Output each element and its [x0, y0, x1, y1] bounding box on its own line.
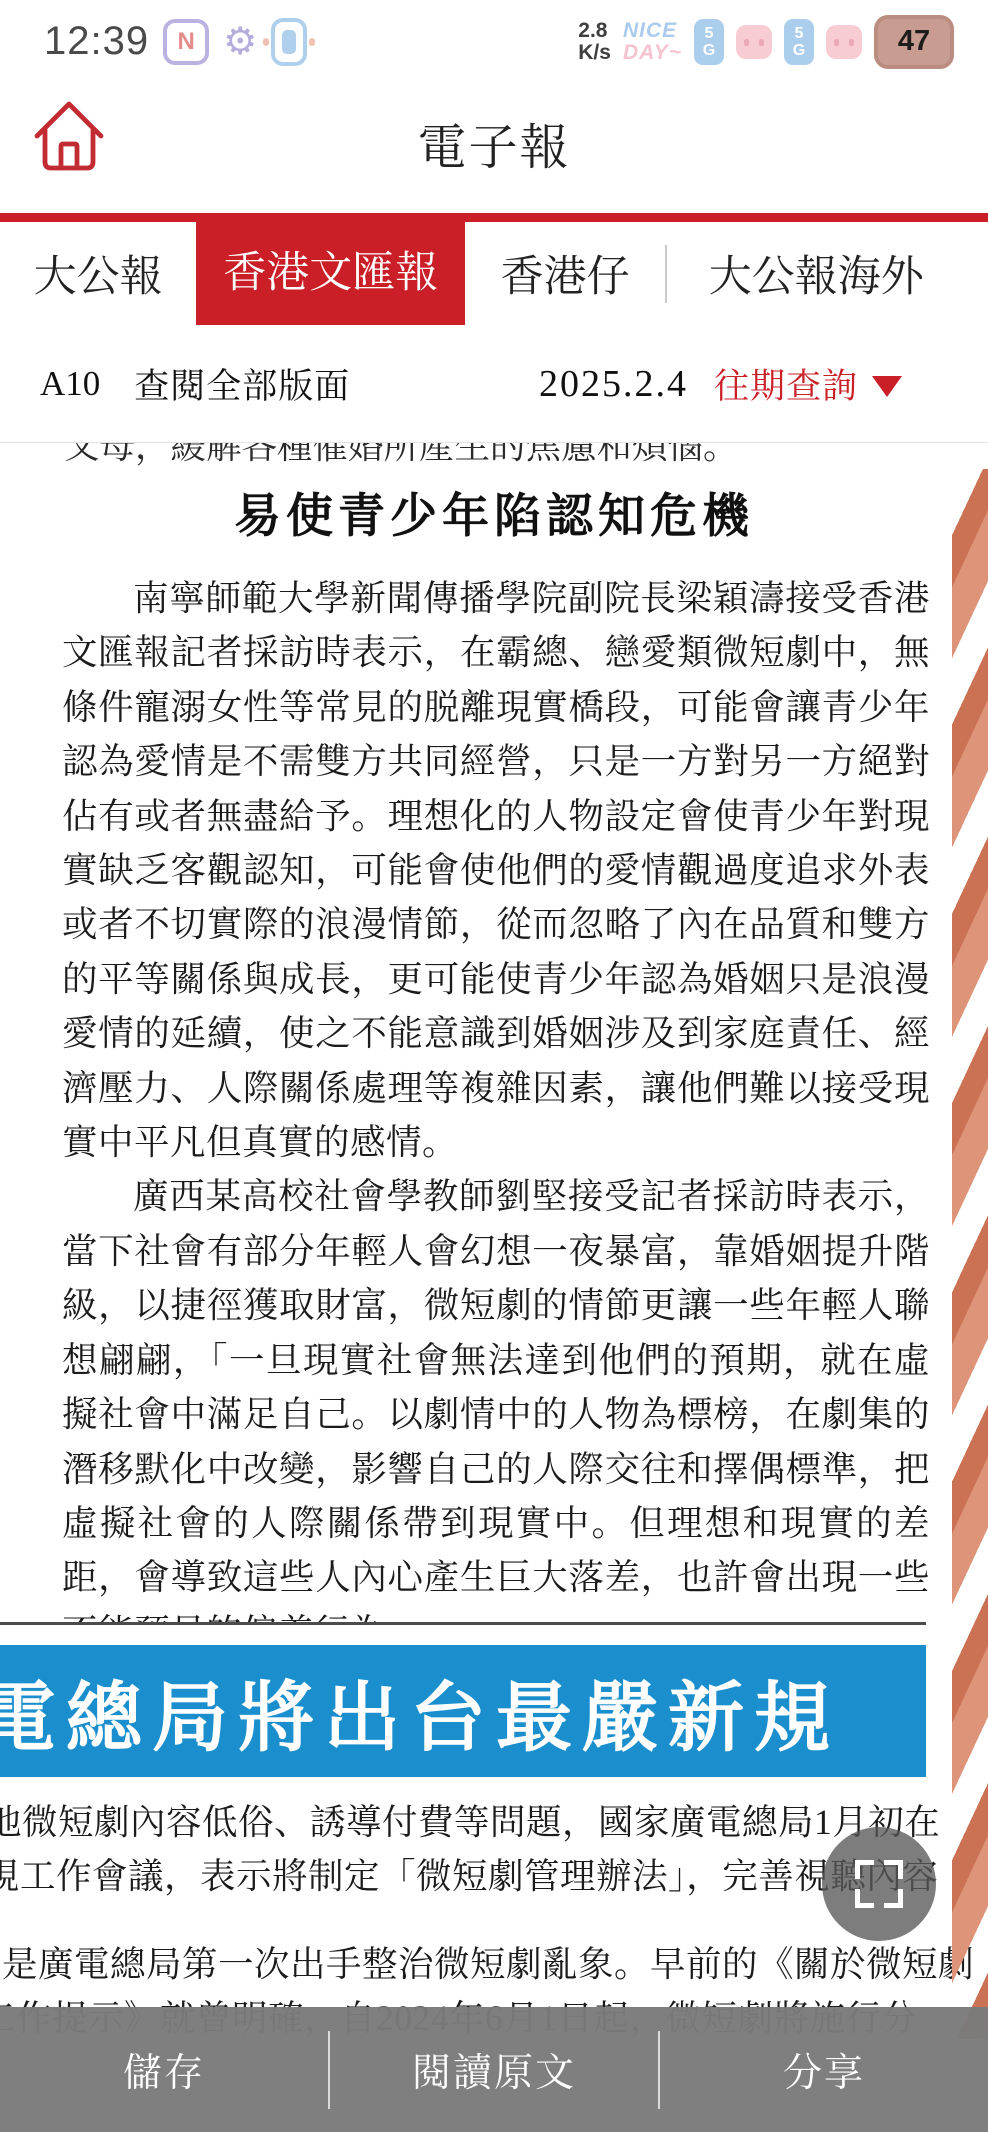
home-icon — [31, 94, 107, 178]
clipped-paragraph-line: 父母，緩解各種催婚所產生的焦慮和煩惱。 — [64, 443, 988, 471]
5g-top: 5 — [705, 25, 714, 42]
network-speed: 2.8 K/s — [578, 20, 611, 64]
status-bar: 12:39 N ⚙ 2.8 K/s NICE DAY~ 5 G — [0, 0, 988, 75]
headline-banner: 電總局將出台最嚴新規 — [0, 1645, 926, 1777]
speed-value: 2.8 — [578, 19, 607, 42]
article-line-text: 是廣電總局第一次出手整治微短劇亂象。早前的《關於微短劇 — [2, 1937, 974, 1991]
fit-screen-button[interactable] — [822, 1827, 936, 1941]
page-title: 電子報 — [0, 75, 988, 213]
save-button[interactable]: 儲存 — [0, 2007, 328, 2132]
article-upper-region: 父母，緩解各種催婚所產生的焦慮和煩惱。 易使青少年陷認知危機 南寧師範大學新聞傳… — [0, 443, 988, 1622]
header-accent-line — [0, 213, 988, 222]
tab-takungpao-overseas[interactable]: 大公報海外 — [667, 222, 988, 325]
section-divider — [0, 1622, 926, 1625]
5g-bottom: G — [793, 42, 805, 59]
battery-icon: 47 — [874, 15, 954, 69]
headline-banner-text: 電總局將出台最嚴新規 — [0, 1657, 840, 1766]
5g-top: 5 — [795, 25, 804, 42]
carrier-label: NICE DAY~ — [623, 20, 682, 64]
article-line-text: 他微短劇內容低俗、誘導付費等問題，國家廣電總局1月初在 — [0, 1795, 940, 1849]
carrier-line1: NICE — [623, 19, 677, 42]
signal-face-icon — [736, 25, 772, 59]
article-heading: 易使青少年陷認知危機 — [0, 485, 988, 549]
status-left-group: 12:39 N ⚙ — [44, 18, 307, 66]
status-time: 12:39 — [44, 19, 149, 64]
article-paragraph-1: 南寧師範大學新聞傳播學院副院長梁穎濤接受香港文匯報記者採訪時表示，在霸總、戀愛類… — [62, 571, 930, 1169]
epaper-app: 12:39 N ⚙ 2.8 K/s NICE DAY~ 5 G — [0, 0, 988, 2132]
edition-date: 2025.2.4 — [539, 362, 688, 406]
read-original-button[interactable]: 閱讀原文 — [330, 2007, 658, 2132]
gear-icon: ⚙ — [223, 23, 257, 61]
article-paragraph-2: 廣西某高校社會學教師劉堅接受記者採訪時表示，當下社會有部分年輕人會幻想一夜暴富，… — [62, 1169, 930, 1622]
nfc-icon: N — [163, 19, 209, 65]
article-line: 是廣電總局第一次出手整治微短劇亂象。早前的《關於微短劇 — [0, 1937, 988, 1991]
app-header: 電子報 — [0, 75, 988, 213]
fullscreen-icon — [855, 1860, 903, 1908]
decor-dot — [309, 38, 315, 46]
archive-search-label: 往期查詢 — [714, 359, 858, 409]
dropdown-arrow-icon — [872, 376, 902, 397]
tab-wenweipo[interactable]: 香港文匯報 — [196, 213, 465, 325]
decor-dot — [263, 38, 269, 46]
status-right-group: 2.8 K/s NICE DAY~ 5 G 5 G 47 — [578, 15, 954, 69]
share-button[interactable]: 分享 — [660, 2007, 988, 2132]
page-number[interactable]: A10 — [40, 364, 100, 404]
archive-search-button[interactable]: 往期查詢 — [714, 359, 902, 409]
bottom-action-bar: 儲存 閱讀原文 分享 — [0, 2007, 988, 2132]
carrier-line2: DAY~ — [623, 41, 682, 64]
home-button[interactable] — [30, 93, 108, 179]
page-edge-stripes — [952, 469, 988, 2039]
5g-badge-icon: 5 G — [784, 19, 814, 65]
newspaper-page-view[interactable]: 父母，緩解各種催婚所產生的焦慮和煩惱。 易使青少年陷認知危機 南寧師範大學新聞傳… — [0, 443, 988, 2132]
speed-unit: K/s — [578, 41, 611, 64]
view-all-pages-button[interactable]: 查閱全部版面 — [134, 359, 350, 409]
newspaper-tabs: 大公報 香港文匯報 香港仔 大公報海外 — [0, 222, 988, 325]
signal-face-icon — [826, 25, 862, 59]
edition-toolbar: A10 查閱全部版面 2025.2.4 往期查詢 — [0, 325, 988, 443]
5g-badge-icon: 5 G — [694, 19, 724, 65]
tab-hongkongzai[interactable]: 香港仔 — [465, 222, 665, 325]
5g-bottom: G — [703, 42, 715, 59]
decor-pill — [282, 30, 296, 54]
article-line-text: 視工作會議，表示將制定「微短劇管理辦法」，完善視聽內容 — [0, 1849, 938, 1903]
tab-takungpao[interactable]: 大公報 — [0, 222, 196, 325]
vibrate-mode-icon — [271, 18, 307, 66]
